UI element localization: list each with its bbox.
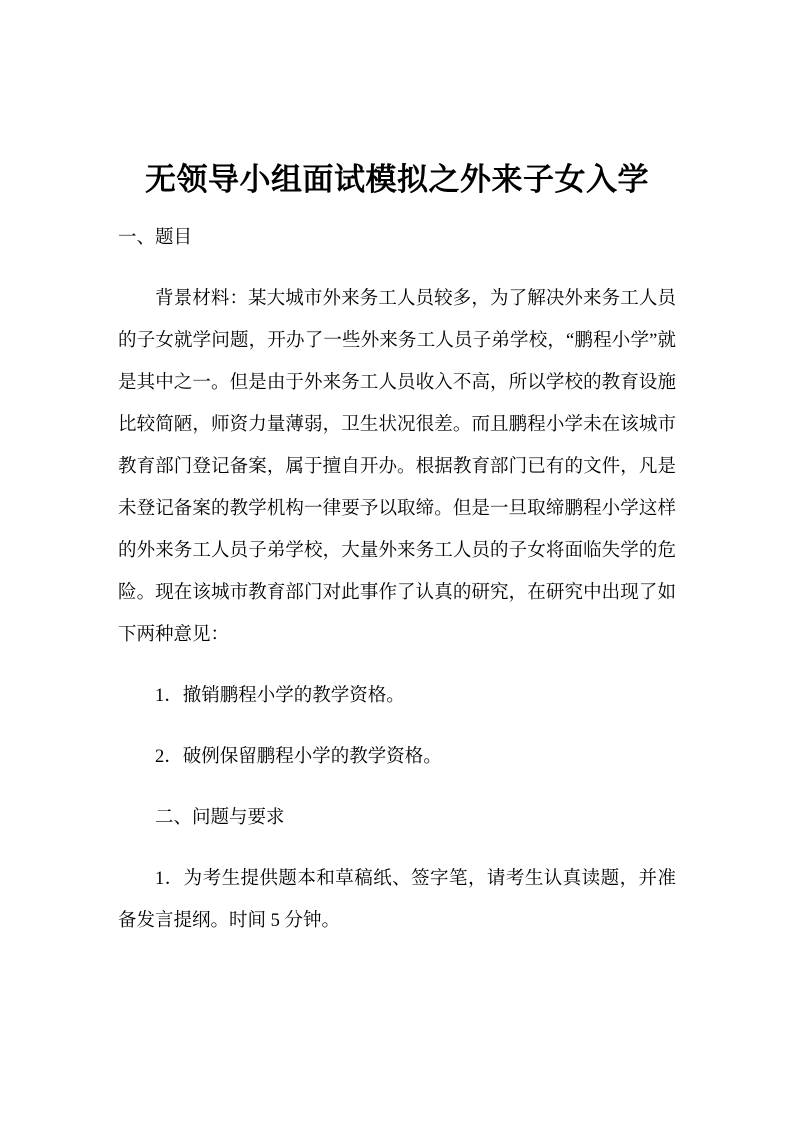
requirement-item-1: 1．为考生提供题本和草稿纸、签字笔，请考生认真读题，并准备发言提纲。时间 5 分… (118, 858, 676, 942)
document-page: 无领导小组面试模拟之外来子女入学 一、题目 背景材料：某大城市外来务工人员较多，… (0, 0, 794, 1123)
opinion-item-1: 1．撤销鹏程小学的教学资格。 (118, 675, 676, 717)
section-2-heading: 二、问题与要求 (118, 797, 676, 839)
section-1-heading: 一、题目 (118, 217, 676, 259)
opinion-item-2: 2．破例保留鹏程小学的教学资格。 (118, 736, 676, 778)
document-title: 无领导小组面试模拟之外来子女入学 (118, 157, 676, 203)
background-material-paragraph: 背景材料：某大城市外来务工人员较多，为了解决外来务工人员的子女就学问题，开办了一… (118, 278, 676, 656)
